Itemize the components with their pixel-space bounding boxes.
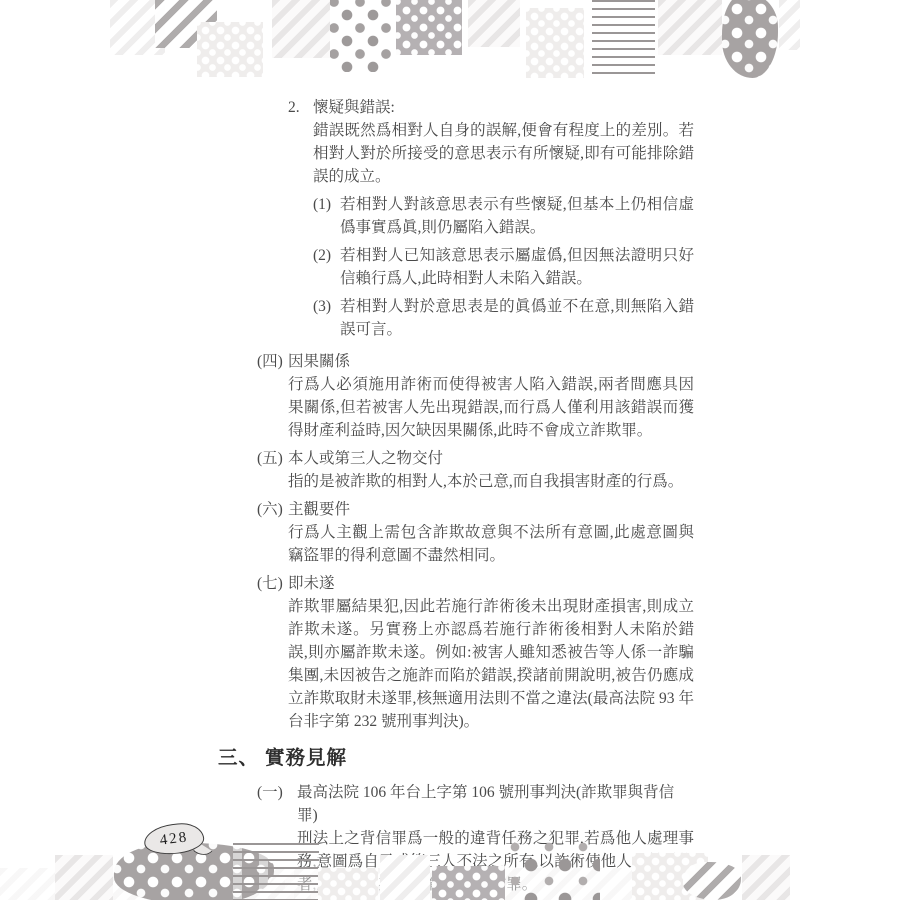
sub-item-text: 若相對人對於意思表是的眞僞並不在意,則無陷入錯誤可言。: [340, 295, 694, 341]
washi-tape-scattered-dots-bottom: [508, 840, 600, 900]
washi-tape-light-dots-top-2: [526, 8, 584, 78]
lettered-item-title: 即未遂: [288, 572, 694, 595]
numbered-item-marker: 2.: [288, 96, 313, 119]
washi-tape-ruled-lines-bottom: [233, 843, 319, 900]
washi-tape-gray-dots-top: [330, 0, 392, 72]
sub-item-marker: (1): [313, 193, 340, 216]
numbered-item-2: 2. 懷疑與錯誤: 錯誤既然爲相對人自身的誤解,便會有程度上的差別。若相對人對於…: [218, 96, 694, 341]
lettered-item-text: 行爲人必須施用詐術而使得被害人陷入錯誤,兩者間應具因果關係,但若被害人先出現錯誤…: [288, 373, 694, 442]
lettered-item-body: 主觀要件 行爲人主觀上需包含詐欺故意與不法所有意圖,此處意圖與竊盜罪的得利意圖不…: [288, 498, 694, 567]
washi-tape-ruled-lines-top: [592, 0, 655, 76]
washi-tape-dark-dot-blob-top: [722, 0, 778, 78]
lettered-item-marker: (五): [257, 447, 288, 470]
lettered-item-list: (四) 因果關係 行爲人必須施用詐術而使得被害人陷入錯誤,兩者間應具因果關係,但…: [218, 350, 694, 733]
lettered-item-body: 因果關係 行爲人必須施用詐術而使得被害人陷入錯誤,兩者間應具因果關係,但若被害人…: [288, 350, 694, 442]
washi-tape-light-stripes-bottom-1: [55, 855, 113, 900]
sub-item-3: (3) 若相對人對於意思表是的眞僞並不在意,則無陷入錯誤可言。: [313, 295, 694, 341]
lettered-item-text: 指的是被詐欺的相對人,本於己意,而自我損害財產的行爲。: [288, 470, 694, 493]
lettered-item-marker: (六): [257, 498, 288, 521]
section-heading-title: 實務見解: [265, 748, 347, 769]
lettered-item-body: 本人或第三人之物交付 指的是被詐欺的相對人,本於己意,而自我損害財產的行爲。: [288, 447, 694, 493]
washi-tape-white-dots-on-gray-bottom: [432, 866, 505, 900]
numbered-item-intro: 錯誤既然爲相對人自身的誤解,便會有程度上的差別。若相對人對於所接受的意思表示有所…: [313, 119, 694, 188]
lettered-item-7: (七) 即未遂 詐欺罪屬結果犯,因此若施行詐術後未出現財產損害,則成立詐欺未遂。…: [218, 572, 694, 733]
lettered-item-body: 即未遂 詐欺罪屬結果犯,因此若施行詐術後未出現財產損害,則成立詐欺未遂。另實務上…: [288, 572, 694, 733]
sub-item-2: (2) 若相對人已知該意思表示屬虛僞,但因無法證明只好信賴行爲人,此時相對人未陷…: [313, 244, 694, 290]
numbered-item-title: 懷疑與錯誤:: [313, 96, 694, 119]
case-item-title: 最高法院 106 年台上字第 106 號刑事判決(詐欺罪與背信罪): [297, 781, 694, 827]
case-item-marker: (一): [257, 781, 297, 804]
section-heading-marker: 三、: [218, 748, 259, 769]
page-number: 428: [159, 829, 189, 849]
washi-tape-light-stripes-top-1: [272, 0, 330, 58]
washi-tape-faint-stripes-top-2: [779, 0, 800, 50]
sub-item-marker: (3): [313, 295, 340, 318]
washi-tape-light-stripes-top-3: [658, 0, 722, 55]
lettered-item-4: (四) 因果關係 行爲人必須施用詐術而使得被害人陷入錯誤,兩者間應具因果關係,但…: [218, 350, 694, 442]
washi-tape-light-dots-top-1: [197, 22, 263, 77]
washi-tape-dark-stripe-blob-bottom: [683, 862, 741, 900]
book-page: 2. 懷疑與錯誤: 錯誤既然爲相對人自身的誤解,便會有程度上的差別。若相對人對於…: [0, 0, 900, 900]
lettered-item-title: 本人或第三人之物交付: [288, 447, 694, 470]
lettered-item-text: 行爲人主觀上需包含詐欺故意與不法所有意圖,此處意圖與竊盜罪的得利意圖不盡然相同。: [288, 521, 694, 567]
washi-tape-light-stripes-top-2: [468, 0, 520, 47]
page-content: 2. 懷疑與錯誤: 錯誤既然爲相對人自身的誤解,便會有程度上的差別。若相對人對於…: [218, 96, 694, 896]
numbered-item-body: 懷疑與錯誤: 錯誤既然爲相對人自身的誤解,便會有程度上的差別。若相對人對於所接受…: [313, 96, 694, 341]
washi-tape-light-dots-bottom-1: [318, 868, 378, 900]
sub-item-marker: (2): [313, 244, 340, 267]
lettered-item-5: (五) 本人或第三人之物交付 指的是被詐欺的相對人,本於己意,而自我損害財產的行…: [218, 447, 694, 493]
lettered-item-text: 詐欺罪屬結果犯,因此若施行詐術後未出現財產損害,則成立詐欺未遂。另實務上亦認爲若…: [288, 595, 694, 733]
lettered-item-title: 因果關係: [288, 350, 694, 373]
washi-tape-white-dots-on-gray-top: [396, 0, 462, 55]
sub-item-text: 若相對人對該意思表示有些懷疑,但基本上仍相信虛僞事實爲眞,則仍屬陷入錯誤。: [340, 193, 694, 239]
lettered-item-title: 主觀要件: [288, 498, 694, 521]
washi-tape-light-stripes-bottom-2: [742, 855, 790, 900]
section-heading-3: 三、實務見解: [218, 746, 694, 772]
washi-tape-faint-stripes-bottom: [380, 855, 430, 900]
lettered-item-6: (六) 主觀要件 行爲人主觀上需包含詐欺故意與不法所有意圖,此處意圖與竊盜罪的得…: [218, 498, 694, 567]
sub-item-1: (1) 若相對人對該意思表示有些懷疑,但基本上仍相信虛僞事實爲眞,則仍屬陷入錯誤…: [313, 193, 694, 239]
lettered-item-marker: (四): [257, 350, 288, 373]
sub-item-text: 若相對人已知該意思表示屬虛僞,但因無法證明只好信賴行爲人,此時相對人未陷入錯誤。: [340, 244, 694, 290]
lettered-item-marker: (七): [257, 572, 288, 595]
